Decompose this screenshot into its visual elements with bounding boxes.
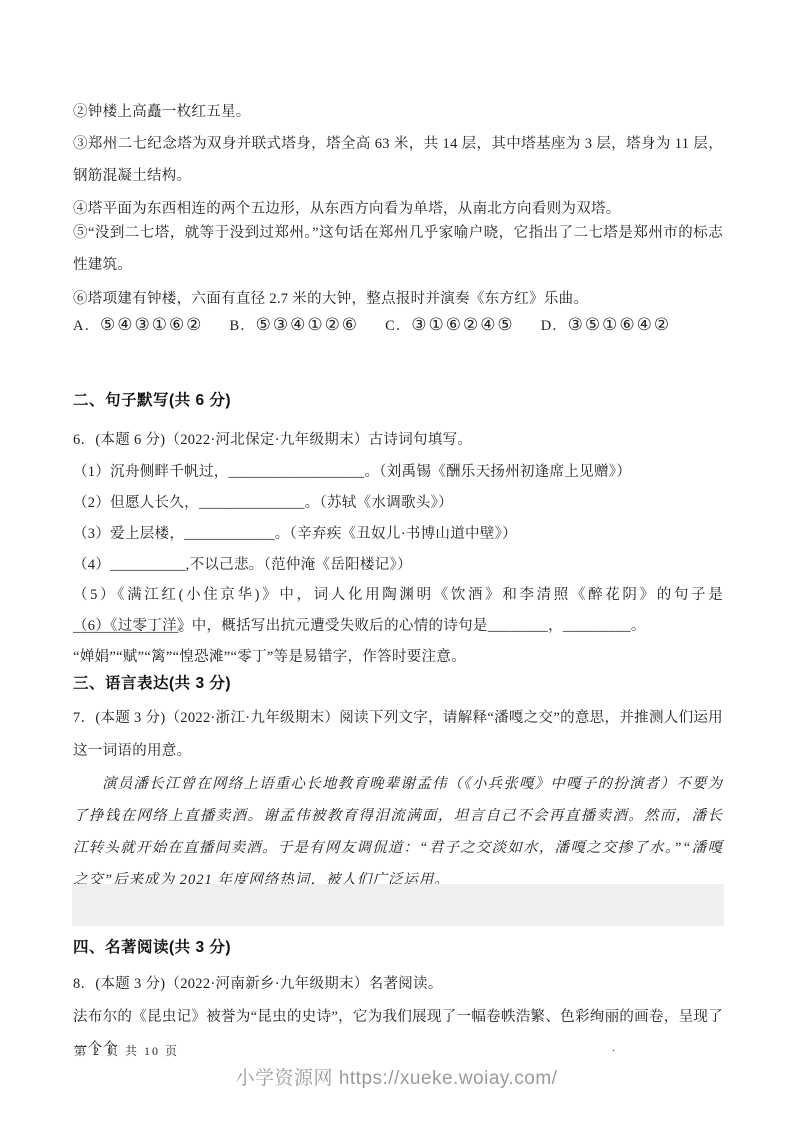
section-heading-reading: 四、名著阅读(共 3 分) xyxy=(73,935,723,957)
section-heading-dictation: 二、句子默写(共 6 分) xyxy=(73,388,723,410)
option-label: C． xyxy=(385,318,411,334)
option-label: B． xyxy=(229,318,255,334)
fill-blank-line: （4）__________,不以己悲。（范仲淹《岳阳楼记》） xyxy=(73,549,723,581)
question-8-stem: 8．(本题 3 分)（2022·河南新乡·九年级期末）名著阅读。 xyxy=(73,968,723,1001)
stray-dot: . xyxy=(612,1040,615,1055)
answer-note: “婵娟”“赋”“篱”“惶恐滩”“零丁”等是易错字，作答时要注意。 xyxy=(73,641,723,673)
sort-item: ⑥塔项建有钟楼，六面有直径 2.7 米的大钟，整点报时并演奏《东方红》乐曲。 xyxy=(73,283,723,315)
fill-blank-line: （1）沉舟侧畔千帆过，__________________。（刘禹锡《酬乐天扬州… xyxy=(73,456,723,488)
option-c: C．③①⑥②④⑤ xyxy=(385,314,515,335)
fill-blank-line: （6）《过零丁洋》中，概括写出抗元遭受失败后的心情的诗句是________，__… xyxy=(73,610,723,642)
section-heading-expression: 三、语言表达(共 3 分) xyxy=(73,671,723,693)
sort-item: ②钟楼上高矗一枚红五星。 xyxy=(73,96,723,128)
question-7-stem: 7．(本题 3 分)（2022·浙江·九年级期末）阅读下列文字，请解释“潘嘎之交… xyxy=(73,702,723,768)
option-d: D．③⑤①⑥④② xyxy=(541,314,671,335)
option-label: D． xyxy=(541,318,568,334)
option-value: ⑤④③①⑥② xyxy=(100,315,203,334)
fill-blank-line: （2）但愿人长久，______________。（苏轼《水调歌头》） xyxy=(73,487,723,519)
question-7-passage: 演员潘长江曾在网络上语重心长地教育晚辈谢孟伟（《小兵张嘎》中嘎子的扮演者）不要为… xyxy=(73,768,723,896)
highlight-box xyxy=(72,884,724,926)
option-value: ③⑤①⑥④② xyxy=(568,315,671,334)
option-b: B．⑤③④①②⑥ xyxy=(229,314,359,335)
option-a: A．⑤④③①⑥② xyxy=(73,314,203,335)
sort-item: ⑤“没到二七塔，就等于没到过郑州。”这句话在郑州几乎家喻户晓，它指出了二七塔是郑… xyxy=(73,217,723,281)
page-number: 第 2 页 共 10 页 xyxy=(74,1042,179,1059)
fill-blank-line: （3）爱上层楼，____________。（辛弃疾《丑奴儿·书博山道中壁》） xyxy=(73,518,723,550)
sort-item: ③郑州二七纪念塔为双身并联式塔身，塔全高 63 米，共 14 层，其中塔基座为 … xyxy=(73,128,723,192)
question-6-stem: 6．(本题 6 分)（2022·河北保定·九年级期末）古诗词句填写。 xyxy=(73,424,723,457)
option-value: ⑤③④①②⑥ xyxy=(256,315,359,334)
option-label: A． xyxy=(73,318,100,334)
watermark-text: 小学资源网 https://xueke.woiay.com/ xyxy=(0,1063,793,1090)
option-value: ③①⑥②④⑤ xyxy=(411,315,514,334)
option-row: A．⑤④③①⑥② B．⑤③④①②⑥ C．③①⑥②④⑤ D．③⑤①⑥④② xyxy=(73,314,723,335)
